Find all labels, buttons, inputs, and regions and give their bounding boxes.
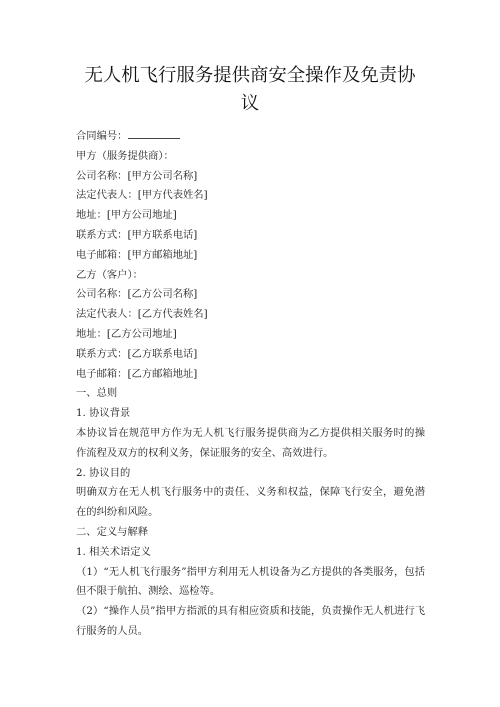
section-heading-definitions: 二、定义与解释 — [76, 523, 425, 543]
party-b-representative: 法定代表人：[乙方代表姓名] — [76, 305, 425, 325]
paragraph-background: 本协议旨在规范甲方作为无人机飞行服务提供商为乙方提供相关服务时的操作流程及双方的… — [76, 424, 425, 464]
subsection-heading-background: 1. 协议背景 — [76, 404, 425, 424]
subsection-heading-terms: 1. 相关术语定义 — [76, 543, 425, 563]
contract-number-blank — [128, 128, 180, 139]
definition-flight-service: （1）“无人机飞行服务”指甲方利用无人机设备为乙方提供的各类服务，包括但不限于航… — [76, 563, 425, 603]
party-a-phone: 联系方式：[甲方联系电话] — [76, 226, 425, 246]
party-a-address: 地址：[甲方公司地址] — [76, 206, 425, 226]
definition-operator: （2）“操作人员”指甲方指派的具有相应资质和技能，负责操作无人机进行飞行服务的人… — [76, 602, 425, 642]
document-body: 合同编号： 甲方（服务提供商）： 公司名称：[甲方公司名称] 法定代表人：[甲方… — [76, 127, 425, 642]
party-a-representative: 法定代表人：[甲方代表姓名] — [76, 186, 425, 206]
party-b-address: 地址：[乙方公司地址] — [76, 325, 425, 345]
document-title: 无人机飞行服务提供商安全操作及免责协议 — [76, 62, 424, 118]
section-heading-general: 一、总则 — [76, 384, 425, 404]
party-b-company: 公司名称：[乙方公司名称] — [76, 285, 425, 305]
party-b-email: 电子邮箱：[乙方邮箱地址] — [76, 365, 425, 385]
party-b-heading: 乙方（客户）： — [76, 266, 425, 286]
party-b-phone: 联系方式：[乙方联系电话] — [76, 345, 425, 365]
party-a-email: 电子邮箱：[甲方邮箱地址] — [76, 246, 425, 266]
subsection-heading-purpose: 2. 协议目的 — [76, 464, 425, 484]
contract-number-line: 合同编号： — [76, 127, 425, 147]
party-a-heading: 甲方（服务提供商）： — [76, 147, 425, 167]
document-page: 无人机飞行服务提供商安全操作及免责协议 合同编号： 甲方（服务提供商）： 公司名… — [0, 0, 500, 707]
party-a-company: 公司名称：[甲方公司名称] — [76, 167, 425, 187]
paragraph-purpose: 明确双方在无人机飞行服务中的责任、义务和权益，保障飞行安全，避免潜在的纠纷和风险… — [76, 483, 425, 523]
contract-number-label: 合同编号： — [76, 130, 127, 142]
